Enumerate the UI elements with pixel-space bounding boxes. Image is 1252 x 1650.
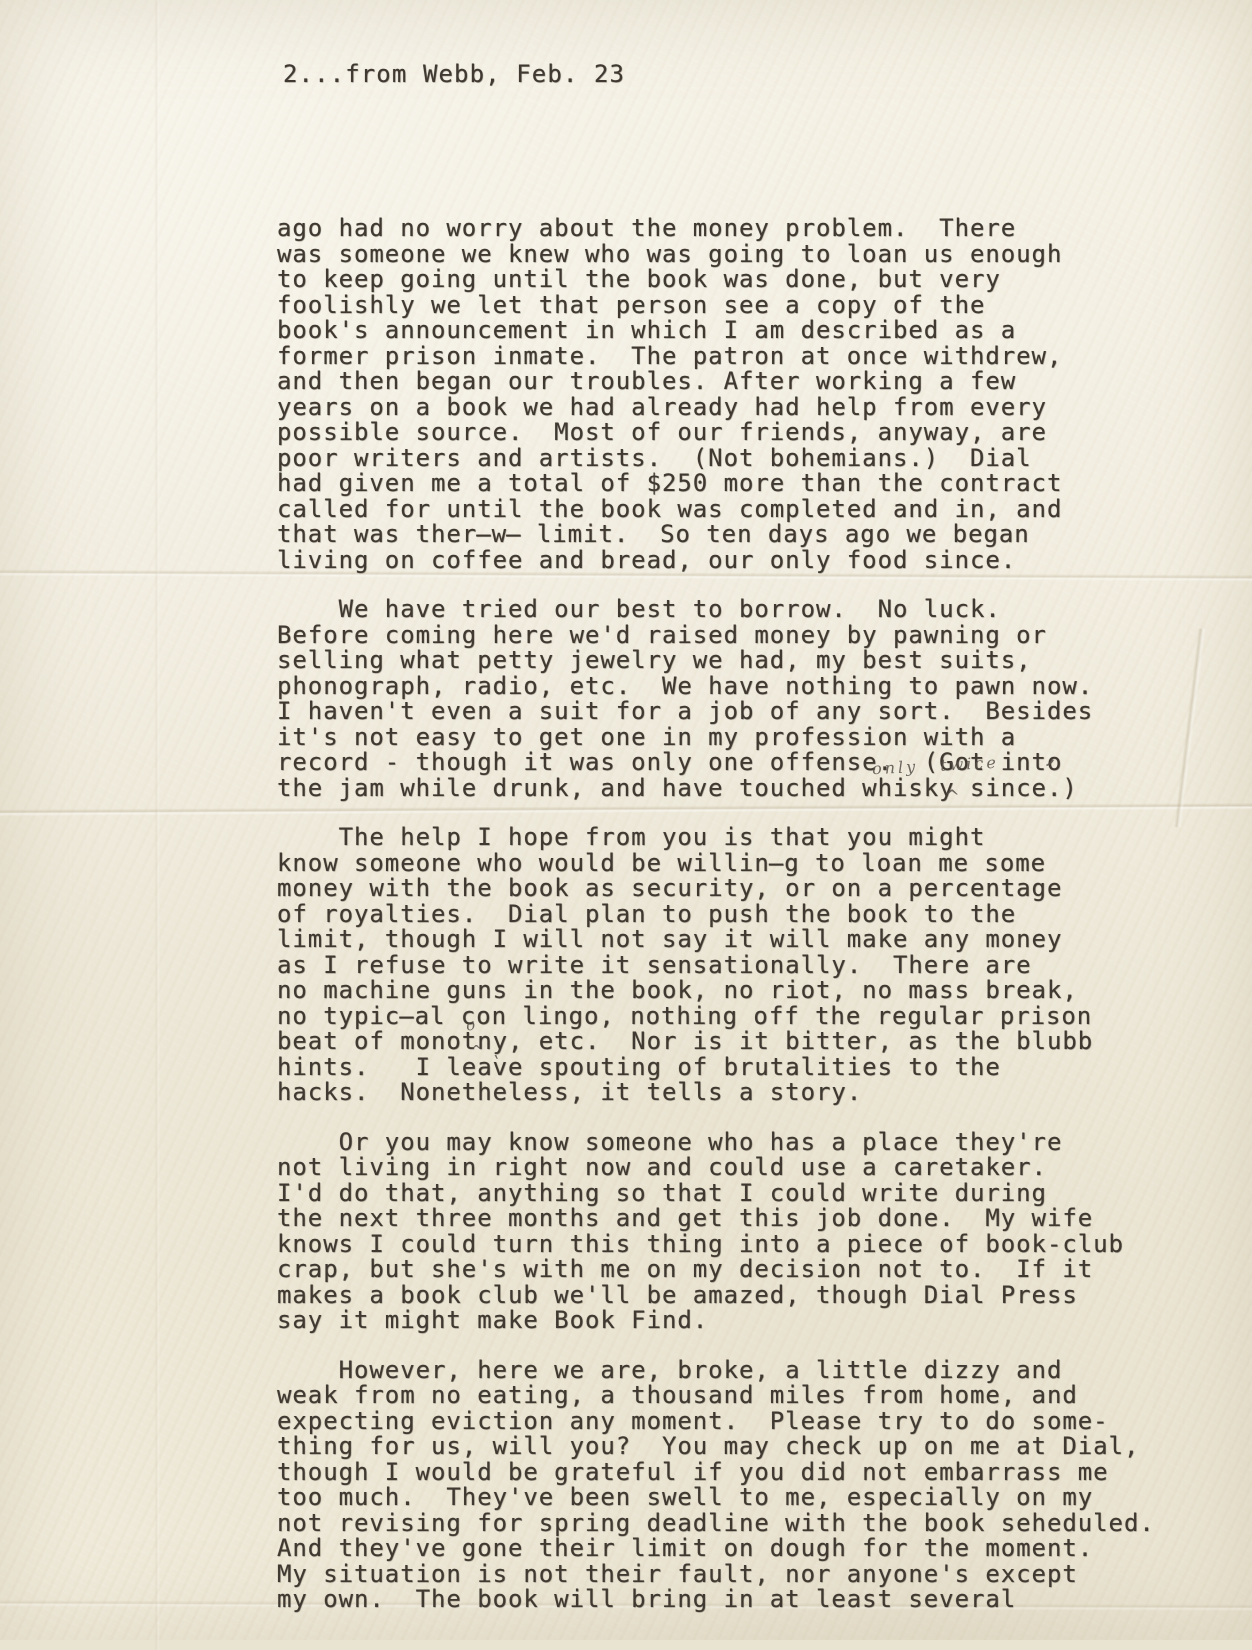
paper-fold-crease	[154, 0, 160, 1640]
letter-body: ago had no worry about the money problem…	[277, 216, 1217, 1637]
letter-paragraph: The help I hope from you is that you mig…	[277, 825, 1217, 1106]
letter-page: 2...from Webb, Feb. 23 ago had no worry …	[0, 0, 1252, 1640]
letter-paragraph: We have tried our best to borrow. No luc…	[277, 597, 1217, 801]
letter-paragraph: However, here we are, broke, a little di…	[277, 1358, 1217, 1613]
page-header: 2...from Webb, Feb. 23	[283, 60, 625, 88]
letter-paragraph: Or you may know someone who has a place …	[277, 1130, 1217, 1334]
letter-paragraph: ago had no worry about the money problem…	[277, 216, 1217, 573]
